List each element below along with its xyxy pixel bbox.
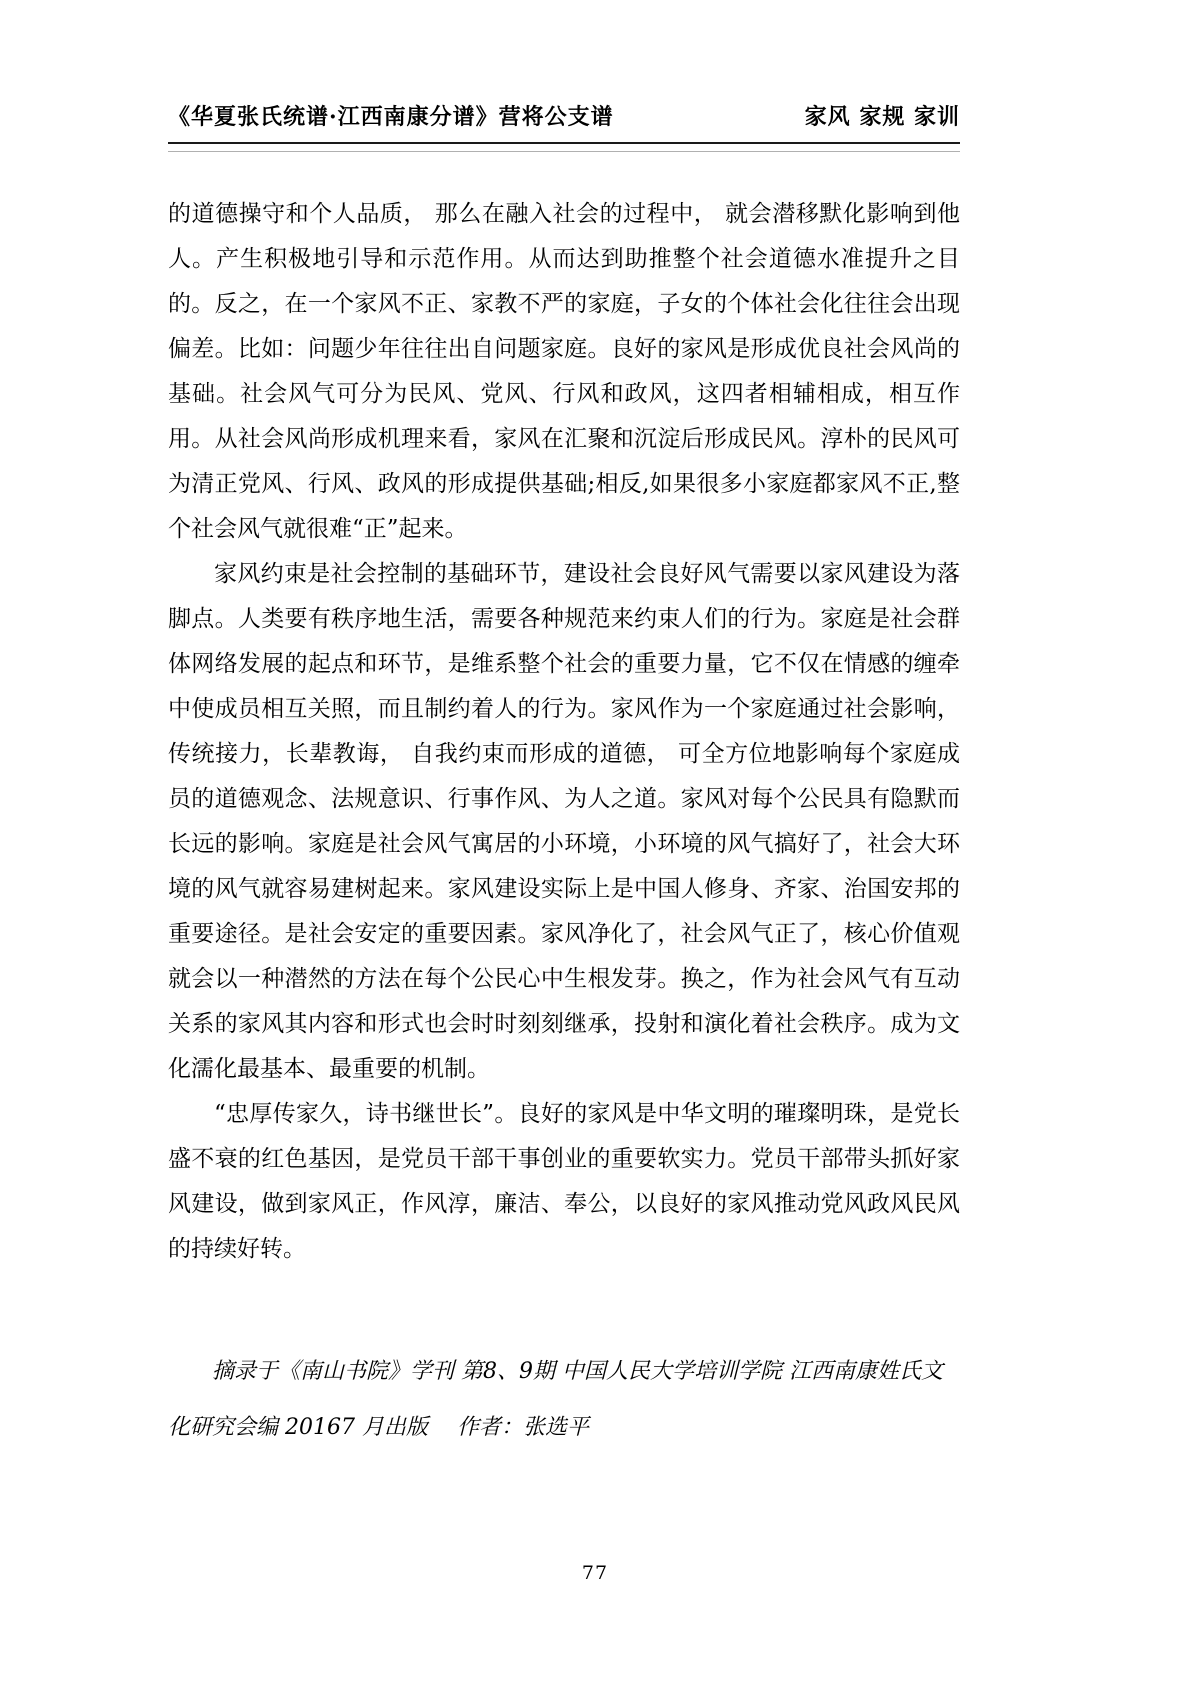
paragraph-3: “忠厚传家久，诗书继世长”。良好的家风是中华文明的璀璨明珠，是党长盛不衰的红色基… xyxy=(168,1092,960,1272)
page-number: 77 xyxy=(0,1562,1190,1584)
document-body: 的道德操守和个人品质， 那么在融入社会的过程中， 就会潜移默化影响到他人。产生积… xyxy=(168,192,960,1456)
header-book-title: 《华夏张氏统谱·江西南康分谱》营将公支谱 xyxy=(168,100,614,131)
source-attribution: 摘录于《南山书院》学刊 第8、9期 中国人民大学培训学院 江西南康姓氏文化研究会… xyxy=(168,1344,960,1456)
document-page: 《华夏张氏统谱·江西南康分谱》营将公支谱 家风 家规 家训 的道德操守和个人品质… xyxy=(0,0,1190,1683)
page-header: 《华夏张氏统谱·江西南康分谱》营将公支谱 家风 家规 家训 xyxy=(168,100,960,144)
header-rule xyxy=(168,151,960,152)
header-section-title: 家风 家规 家训 xyxy=(805,100,960,131)
paragraph-2: 家风约束是社会控制的基础环节，建设社会良好风气需要以家风建设为落脚点。人类要有秩… xyxy=(168,552,960,1092)
paragraph-1: 的道德操守和个人品质， 那么在融入社会的过程中， 就会潜移默化影响到他人。产生积… xyxy=(168,192,960,552)
